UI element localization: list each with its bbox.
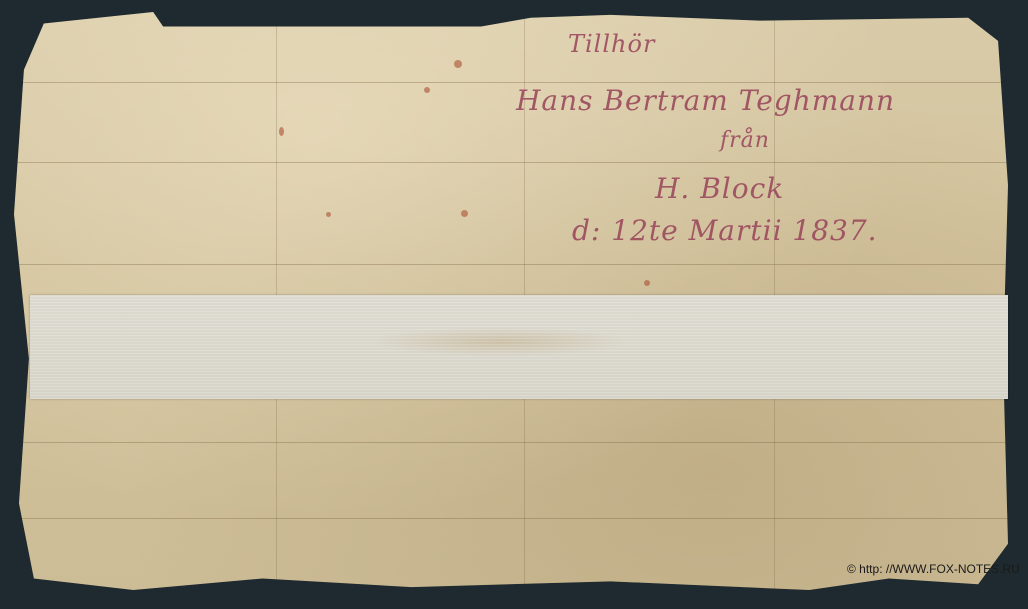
handwriting-line-5: d: 12te Martii 1837. bbox=[572, 214, 878, 247]
fold-line bbox=[14, 82, 1008, 83]
handwriting-line-3: från bbox=[720, 128, 770, 153]
stain bbox=[461, 210, 468, 217]
handwriting-line-4: H. Block bbox=[655, 172, 784, 205]
stain bbox=[326, 212, 331, 217]
fold-line bbox=[14, 162, 1008, 163]
stain bbox=[454, 60, 462, 68]
watermark-text: © http: //WWW.FOX-NOTES.RU bbox=[847, 562, 1020, 576]
fold-line bbox=[14, 518, 1008, 519]
stain bbox=[279, 127, 284, 136]
fold-line bbox=[14, 264, 1008, 265]
fold-line bbox=[14, 442, 1008, 443]
handwriting-line-2: Hans Bertram Teghmann bbox=[516, 84, 895, 117]
stain bbox=[424, 87, 430, 93]
repair-tape bbox=[30, 295, 1008, 399]
stain bbox=[644, 280, 650, 286]
handwriting-line-1: Tillhör bbox=[568, 30, 655, 58]
